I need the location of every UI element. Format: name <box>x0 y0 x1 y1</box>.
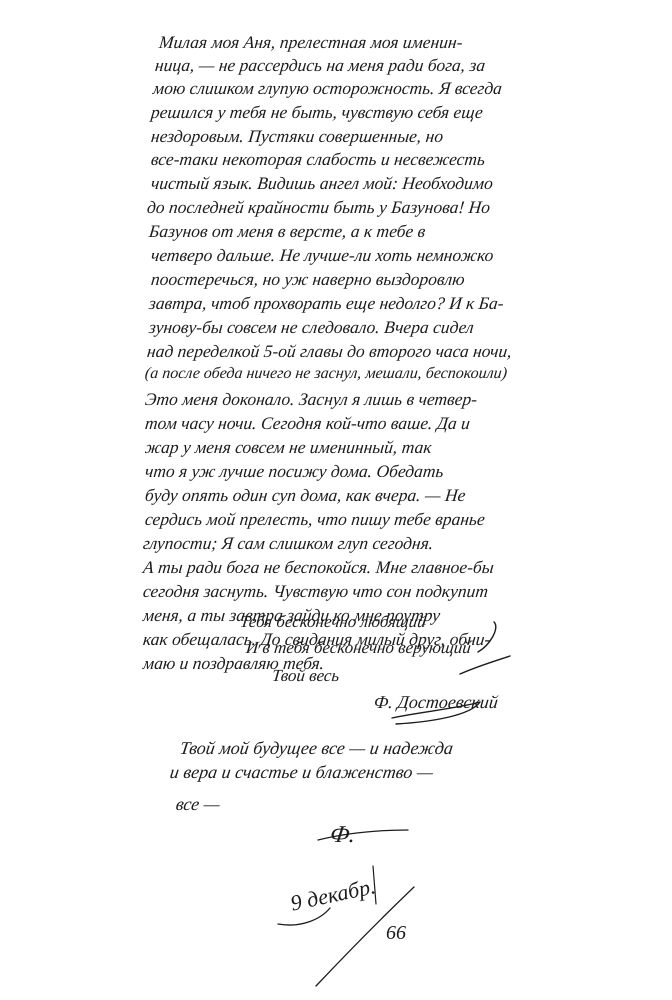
body-line: мою слишком глупую осторожность. Я всегд… <box>152 78 503 99</box>
closing-flourish <box>460 656 510 674</box>
body-line: (а после обеда ничего не заснул, мешали,… <box>144 365 508 383</box>
date-block: 9 декабр. 66 <box>270 860 490 1000</box>
body-line: чистый язык. Видишь ангел мой: Необходим… <box>150 173 494 194</box>
body-line: Это меня доконало. Заснул я лишь в четве… <box>144 389 478 410</box>
body-line: что я уж лучше посижу дома. Обедать <box>144 461 445 482</box>
body-line: буду опять один суп дома, как вчера. — Н… <box>144 485 467 506</box>
body-line: все-таки некоторая слабость и несвежесть <box>150 149 486 170</box>
date-year: 66 <box>386 922 406 945</box>
body-line: до последней крайности быть у Базунова! … <box>146 197 491 218</box>
closing-line: Твой весь <box>271 666 340 686</box>
body-line: А ты ради бога не беспокойся. Мне главно… <box>142 557 495 578</box>
body-line: над переделкой 5-ой главы до второго час… <box>146 341 513 362</box>
closing-line: И в тебя бесконечно верующий <box>245 638 472 658</box>
letter-page: Милая моя Аня, прелестная моя именин- ни… <box>0 0 672 1000</box>
body-line: том часу ночи. Сегодня кой-что ваше. Да … <box>144 413 471 434</box>
closing-line: Тебя бесконечно любящий <box>239 612 427 632</box>
body-line: четверо дальше. Не лучше-ли хоть немножк… <box>150 245 495 266</box>
signature: Ф. Достоевский <box>373 692 499 713</box>
body-line: сердись мой прелесть, что пишу тебе вран… <box>144 509 486 530</box>
postscript-line: все — <box>175 794 222 815</box>
body-line: жар у меня совсем не именинный, так <box>144 437 433 458</box>
body-line: глупости; Я сам слишком глуп сегодня. <box>142 533 434 554</box>
body-line: Милая моя Аня, прелестная моя именин- <box>158 32 464 53</box>
body-line: решился у тебя не быть, чувствую себя ещ… <box>150 102 484 123</box>
body-line: ница, — не рассердись на меня ради бога,… <box>154 55 486 76</box>
body-line: нездоровым. Пустяки совершенные, но <box>150 126 444 147</box>
body-line: завтра, чтоб прохворать еще недолго? И к… <box>148 293 505 314</box>
postscript-line: Твой мой будущее все — и надежда <box>179 738 455 759</box>
body-line: сегодня заснуть. Чувствую что сон подкуп… <box>142 581 489 602</box>
body-line: зунову-бы совсем не следовало. Вчера сид… <box>148 317 475 338</box>
date-day-month: 9 декабр. <box>288 873 378 916</box>
postscript-line: и вера и счастье и блаженство — <box>169 762 435 783</box>
postscript-signature: Ф. <box>328 822 357 849</box>
body-line: Базунов от меня в версте, а к тебе в <box>148 221 426 242</box>
body-line: поостеречься, но уж наверно выздоровлю <box>150 269 466 290</box>
